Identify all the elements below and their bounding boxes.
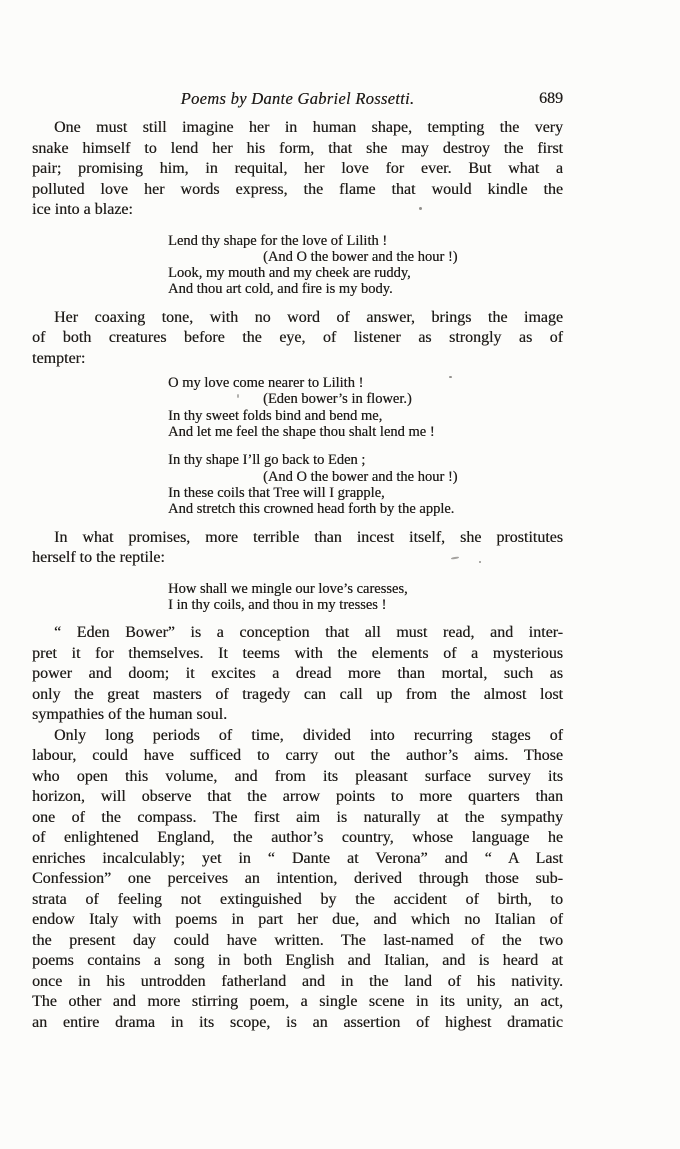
text-line: strata of feeling not extinguished by th… bbox=[32, 890, 563, 911]
paragraph: One must still imagine her in human shap… bbox=[32, 118, 563, 221]
verse-line: (Eden bower’s in flower.) bbox=[168, 391, 563, 407]
text-line: horizon, will observe that the arrow poi… bbox=[32, 787, 563, 808]
verse-block: Lend thy shape for the love of Lilith !(… bbox=[168, 233, 563, 298]
text-line: enriches incalculably; yet in “ Dante at… bbox=[32, 849, 563, 870]
text-line: Her coaxing tone, with no word of answer… bbox=[32, 308, 563, 329]
text-line: tempter: bbox=[32, 349, 563, 370]
text-line: polluted love her words express, the fla… bbox=[32, 180, 563, 201]
text-line: one of the compass. The first aim is nat… bbox=[32, 808, 563, 829]
text-line: The other and more stirring poem, a sing… bbox=[32, 992, 563, 1013]
verse-line: In these coils that Tree will I grapple, bbox=[168, 485, 563, 501]
text-line: pret it for themselves. It teems with th… bbox=[32, 644, 563, 665]
text-line: sympathies of the human soul. bbox=[32, 705, 563, 726]
verse-line: Lend thy shape for the love of Lilith ! bbox=[168, 233, 563, 249]
text-line: Confession” one perceives an intention, … bbox=[32, 869, 563, 890]
running-header: Poems by Dante Gabriel Rossetti. 689 bbox=[32, 88, 563, 110]
text-line: of enlightened England, the author’s cou… bbox=[32, 828, 563, 849]
verse-line: How shall we mingle our love’s caresses, bbox=[168, 581, 563, 597]
text-line: an entire drama in its scope, is an asse… bbox=[32, 1013, 563, 1034]
verse-block: O my love come nearer to Lilith !(Eden b… bbox=[168, 375, 563, 440]
verse-line: In thy shape I’ll go back to Eden ; bbox=[168, 452, 563, 468]
scan-speck bbox=[449, 376, 452, 378]
page-number: 689 bbox=[539, 88, 563, 110]
text-line: snake himself to lend her his form, that… bbox=[32, 139, 563, 160]
verse-line: And let me feel the shape thou shalt len… bbox=[168, 424, 563, 440]
verse-line: I in thy coils, and thou in my tresses ! bbox=[168, 597, 563, 613]
verse-line: In thy sweet folds bind and bend me, bbox=[168, 408, 563, 424]
paragraph: Only long periods of time, divided into … bbox=[32, 726, 563, 1034]
paragraph: Her coaxing tone, with no word of answer… bbox=[32, 308, 563, 370]
text-line: labour, could have sufficed to carry out… bbox=[32, 746, 563, 767]
verse-block: In thy shape I’ll go back to Eden ;(And … bbox=[168, 452, 563, 517]
scan-speck bbox=[237, 394, 239, 398]
paragraph: “ Eden Bower” is a conception that all m… bbox=[32, 623, 563, 726]
text-line: of both creatures before the eye, of lis… bbox=[32, 328, 563, 349]
verse-line: Look, my mouth and my cheek are ruddy, bbox=[168, 265, 563, 281]
text-line: One must still imagine her in human shap… bbox=[32, 118, 563, 139]
verse-block: How shall we mingle our love’s caresses,… bbox=[168, 581, 563, 614]
text-line: once in his untrodden fatherland and in … bbox=[32, 972, 563, 993]
verse-line: (And O the bower and the hour !) bbox=[168, 249, 563, 265]
text-line: only the great masters of tragedy can ca… bbox=[32, 685, 563, 706]
verse-line: (And O the bower and the hour !) bbox=[168, 469, 563, 485]
verse-line: And thou art cold, and fire is my body. bbox=[168, 281, 563, 297]
verse-line: And stretch this crowned head forth by t… bbox=[168, 501, 563, 517]
running-title: Poems by Dante Gabriel Rossetti. bbox=[32, 88, 563, 110]
text-line: the present day could have written. The … bbox=[32, 931, 563, 952]
text-line: “ Eden Bower” is a conception that all m… bbox=[32, 623, 563, 644]
text-line: who open this volume, and from its pleas… bbox=[32, 767, 563, 788]
scan-speck bbox=[419, 207, 422, 210]
text-line: power and doom; it excites a dread more … bbox=[32, 664, 563, 685]
text-line: herself to the reptile: bbox=[32, 548, 563, 569]
text-line: Only long periods of time, divided into … bbox=[32, 726, 563, 747]
text-line: poems contains a song in both English an… bbox=[32, 951, 563, 972]
book-page: Poems by Dante Gabriel Rossetti. 689 One… bbox=[0, 0, 680, 1149]
text-column: Poems by Dante Gabriel Rossetti. 689 One… bbox=[32, 88, 563, 1033]
paragraph: In what promises, more terrible than inc… bbox=[32, 528, 563, 569]
text-line: endow Italy with poems in part her due, … bbox=[32, 910, 563, 931]
text-line: In what promises, more terrible than inc… bbox=[32, 528, 563, 549]
text-line: ice into a blaze: bbox=[32, 200, 563, 221]
scan-speck bbox=[479, 561, 481, 563]
text-line: pair; promising him, in requital, her lo… bbox=[32, 159, 563, 180]
text-body: One must still imagine her in human shap… bbox=[32, 118, 563, 1033]
verse-line: O my love come nearer to Lilith ! bbox=[168, 375, 563, 391]
